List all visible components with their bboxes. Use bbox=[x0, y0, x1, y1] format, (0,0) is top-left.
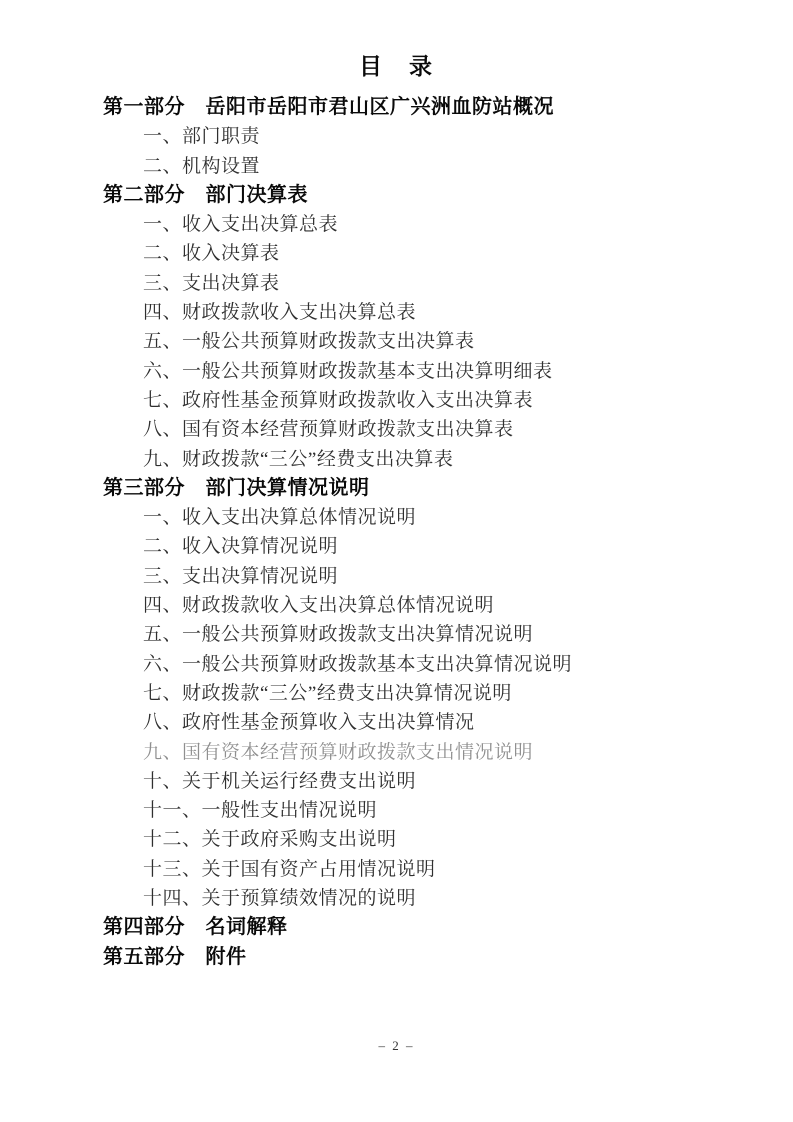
toc-item: 十一、一般性支出情况说明 bbox=[0, 796, 793, 825]
toc-item: 十三、关于国有资产占用情况说明 bbox=[0, 855, 793, 884]
toc-item: 六、一般公共预算财政拨款基本支出决算情况说明 bbox=[0, 650, 793, 679]
page-title: 目 录 bbox=[0, 52, 793, 82]
toc-item: 一、收入支出决算总表 bbox=[0, 210, 793, 239]
toc-section-heading-5: 第五部分 附件 bbox=[0, 943, 793, 972]
toc-item: 二、机构设置 bbox=[0, 152, 793, 181]
toc-item: 八、政府性基金预算收入支出决算情况 bbox=[0, 708, 793, 737]
page-number: – 2 – bbox=[0, 1036, 793, 1056]
toc-item: 十二、关于政府采购支出说明 bbox=[0, 825, 793, 854]
toc-item: 三、支出决算情况说明 bbox=[0, 562, 793, 591]
toc-item: 五、一般公共预算财政拨款支出决算情况说明 bbox=[0, 620, 793, 649]
toc-item: 四、财政拨款收入支出决算总表 bbox=[0, 298, 793, 327]
toc-item: 五、一般公共预算财政拨款支出决算表 bbox=[0, 327, 793, 356]
toc-item: 二、收入决算表 bbox=[0, 239, 793, 268]
table-of-contents: 第一部分 岳阳市岳阳市君山区广兴洲血防站概况 一、部门职责 二、机构设置 第二部… bbox=[0, 93, 793, 972]
toc-item: 九、国有资本经营预算财政拨款支出情况说明 bbox=[0, 738, 793, 767]
toc-section-heading-3: 第三部分 部门决算情况说明 bbox=[0, 474, 793, 503]
toc-item: 七、政府性基金预算财政拨款收入支出决算表 bbox=[0, 386, 793, 415]
toc-item: 四、财政拨款收入支出决算总体情况说明 bbox=[0, 591, 793, 620]
toc-section-heading-1: 第一部分 岳阳市岳阳市君山区广兴洲血防站概况 bbox=[0, 93, 793, 122]
toc-item: 十、关于机关运行经费支出说明 bbox=[0, 767, 793, 796]
toc-item: 六、一般公共预算财政拨款基本支出决算明细表 bbox=[0, 357, 793, 386]
toc-item: 十四、关于预算绩效情况的说明 bbox=[0, 884, 793, 913]
toc-item: 八、国有资本经营预算财政拨款支出决算表 bbox=[0, 415, 793, 444]
toc-item: 七、财政拨款“三公”经费支出决算情况说明 bbox=[0, 679, 793, 708]
toc-item: 九、财政拨款“三公”经费支出决算表 bbox=[0, 445, 793, 474]
toc-section-heading-4: 第四部分 名词解释 bbox=[0, 913, 793, 942]
toc-item: 一、部门职责 bbox=[0, 122, 793, 151]
toc-item: 二、收入决算情况说明 bbox=[0, 532, 793, 561]
toc-item: 一、收入支出决算总体情况说明 bbox=[0, 503, 793, 532]
document-page: 目 录 第一部分 岳阳市岳阳市君山区广兴洲血防站概况 一、部门职责 二、机构设置… bbox=[0, 0, 793, 1122]
toc-section-heading-2: 第二部分 部门决算表 bbox=[0, 181, 793, 210]
toc-item: 三、支出决算表 bbox=[0, 269, 793, 298]
